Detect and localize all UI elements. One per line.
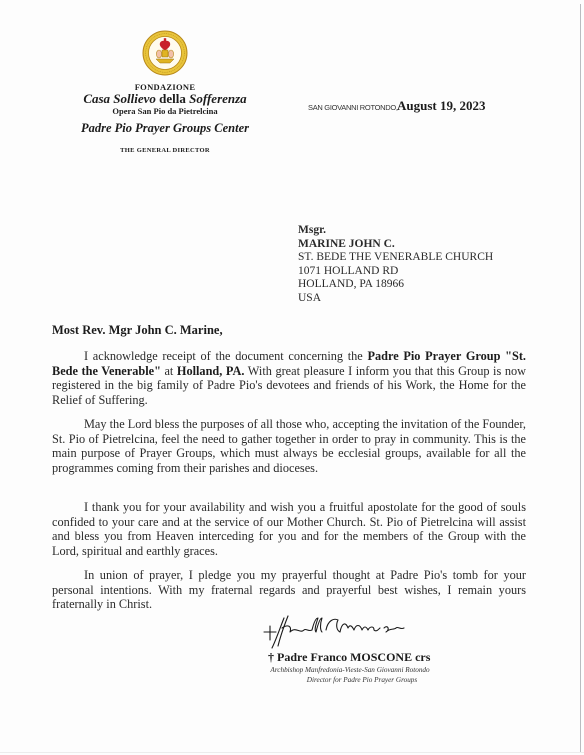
salutation: Most Rev. Mgr John C. Marine, — [52, 323, 223, 338]
recipient-city: HOLLAND, PA 18966 — [298, 278, 493, 292]
p1-text: at — [161, 364, 177, 378]
dateline-place: SAN GIOVANNI ROTONDO, — [308, 103, 398, 112]
paragraph-4: In union of prayer, I pledge you my pray… — [52, 568, 526, 612]
recipient-title: Msgr. — [298, 224, 493, 238]
letterhead-name-part: Casa Sollievo — [83, 91, 156, 106]
page-bottom-edge — [0, 752, 584, 753]
p2-text: May the Lord bless the purposes of all t… — [52, 417, 526, 475]
p4-text: In union of prayer, I pledge you my pray… — [52, 568, 526, 612]
page-edge-divider — [580, 4, 581, 752]
letterhead-director: THE GENERAL DIRECTOR — [40, 147, 290, 154]
p3-text: I thank you for your availability and wi… — [52, 500, 526, 558]
letter-page: FONDAZIONE Casa Sollievo della Sofferenz… — [0, 0, 584, 755]
handwritten-signature-icon — [262, 614, 412, 650]
signatory-title: Archbishop Manfredonia-Vieste-San Giovan… — [250, 666, 450, 674]
letterhead-name-part: Sofferenza — [189, 91, 247, 106]
signatory-name: † Padre Franco MOSCONE crs — [268, 650, 430, 665]
signatory-role: Director for Padre Pio Prayer Groups — [250, 676, 454, 684]
letterhead-name-part: della — [156, 91, 189, 106]
dateline-date: August 19, 2023 — [397, 98, 486, 114]
recipient-country: USA — [298, 292, 493, 306]
foundation-seal-icon — [142, 30, 188, 76]
p1-location: Holland, PA. — [177, 364, 245, 378]
letterhead-opera: Opera San Pio da Pietrelcina — [40, 106, 290, 116]
letterhead-name: Casa Sollievo della Sofferenza — [40, 91, 290, 107]
recipient-street: 1071 HOLLAND RD — [298, 265, 493, 279]
paragraph-1: I acknowledge receipt of the document co… — [52, 349, 526, 407]
recipient-name: MARINE JOHN C. — [298, 238, 493, 252]
letterhead-center: Padre Pio Prayer Groups Center — [40, 121, 290, 136]
paragraph-2: May the Lord bless the purposes of all t… — [52, 417, 526, 475]
p1-text: I acknowledge receipt of the document co… — [84, 349, 367, 363]
recipient-address: Msgr. MARINE JOHN C. ST. BEDE THE VENERA… — [298, 224, 493, 306]
recipient-church: ST. BEDE THE VENERABLE CHURCH — [298, 251, 493, 265]
paragraph-3: I thank you for your availability and wi… — [52, 500, 526, 558]
